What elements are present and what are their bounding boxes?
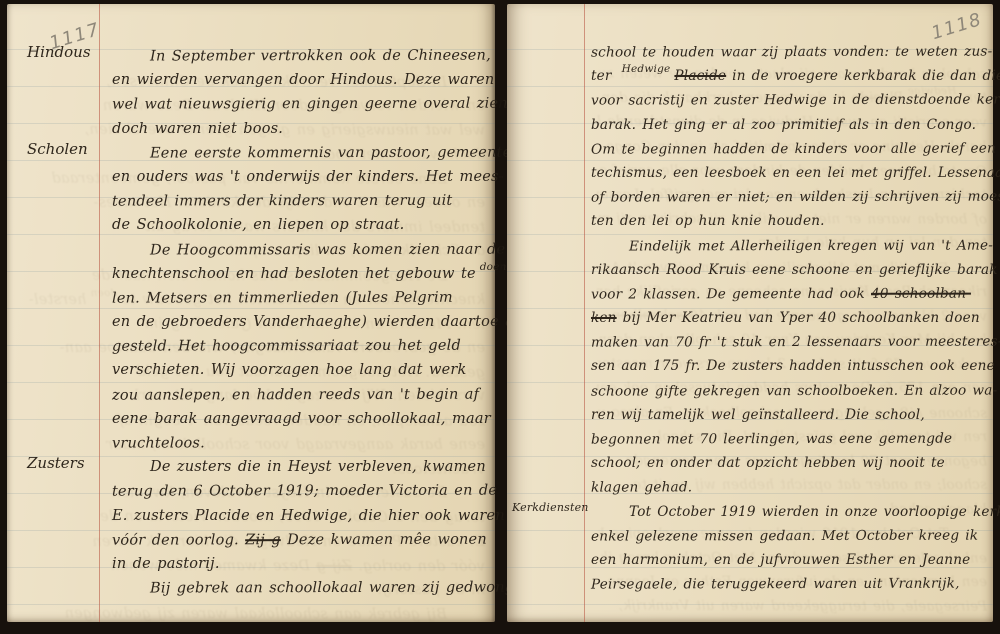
- margin-note-scholen: Scholen: [27, 139, 88, 159]
- manuscript-line: voor sacristij en zuster Hedwige in de d…: [591, 88, 1000, 113]
- manuscript-text-column: school te houden waar zij plaats vonden:…: [591, 40, 1000, 596]
- line-text: Peirsegaele, die teruggekeerd waren uit …: [591, 576, 960, 593]
- red-margin-rule: [99, 4, 100, 622]
- line-text: een harmonium, en de jufvrouwen Esther e…: [591, 552, 970, 568]
- line-text: techismus, een leesboek en een lei met g…: [591, 165, 1000, 181]
- left-page: 1117 HindousScholenZusters In September …: [7, 4, 495, 622]
- struck-text: 40 schoolban-: [871, 285, 971, 301]
- margin-note-hindous: Hindous: [27, 42, 91, 62]
- line-text: In September vertrokken ook de Chineesen…: [150, 48, 491, 65]
- manuscript-line: of borden waren er niet; en wilden zij s…: [591, 185, 1000, 210]
- manuscript-line: sen aan 175 fr. De zusters hadden intuss…: [591, 354, 1000, 378]
- manuscript-line: school; en onder dat opzicht hebben wij …: [591, 451, 1000, 475]
- line-text: sen aan 175 fr. De zusters hadden intuss…: [591, 358, 995, 374]
- line-text: enkel gelezene missen gedaan. Met Octobe…: [591, 527, 978, 544]
- struck-text: ken: [591, 310, 617, 326]
- line-text: Tot October 1919 wierden in onze voorloo…: [629, 504, 1000, 520]
- line-text: Eindelijk met Allerheiligen kregen wij v…: [629, 237, 993, 254]
- manuscript-line: maken van 70 fr 't stuk en 2 lessenaars …: [591, 330, 1000, 355]
- line-text: len. Metsers en timmerlieden (Jules Pelg…: [112, 290, 453, 307]
- line-text: herstel-: [29, 292, 87, 308]
- line-text: De zusters die in Heyst verbleven, kwame…: [150, 459, 486, 475]
- line-text: begonnen met 70 leerlingen, was eene gem…: [591, 431, 952, 448]
- manuscript-line: Peirsegaele, die teruggekeerd waren uit …: [597, 594, 987, 619]
- line-text: bij Mer Keatrieu van Yper 40 schoolbanke…: [617, 310, 980, 326]
- line-text: in de vroegere kerkbarak die dan diende: [726, 68, 1000, 84]
- manuscript-line: school te houden waar zij plaats vonden:…: [591, 39, 1000, 64]
- manuscript-line: rikaansch Rood Kruis eene schoone en ger…: [591, 258, 1000, 282]
- line-text: wel wat nieuwsgierig en gingen geerne ov…: [112, 96, 513, 113]
- line-text: terug den 6 October 1919; moeder Victori…: [112, 483, 497, 500]
- line-text: doch waren niet boos.: [112, 121, 283, 137]
- photo-backdrop: 1117 HindousScholenZusters In September …: [0, 0, 1000, 634]
- line-text: of borden waren er niet; en wilden zij s…: [591, 189, 1000, 206]
- line-text: eene barak aangevraagd voor schoollokaal…: [112, 411, 491, 427]
- struck-text: Placide: [674, 68, 726, 84]
- line-text: school te houden waar zij plaats vonden:…: [591, 44, 992, 61]
- manuscript-line: barak. Het ging er al zoo primitief als …: [591, 113, 1000, 137]
- line-text: tendeel immers der kinders waren terug u…: [112, 193, 452, 210]
- manuscript-line: een harmonium, en de jufvrouwen Esther e…: [591, 548, 1000, 572]
- line-text: voor 2 klassen. De gemeente had ook: [591, 286, 871, 303]
- manuscript-line: enkel gelezene missen gedaan. Met Octobe…: [591, 523, 1000, 548]
- line-text: Om te beginnen hadden de kinders voor al…: [591, 140, 1000, 157]
- line-text: knechtenschool en had besloten het gebou…: [112, 266, 476, 282]
- line-text: in de pastorij.: [112, 556, 220, 572]
- line-text: ten den lei op hun knie houden.: [591, 213, 825, 229]
- line-text: zou aanslepen, en hadden reeds van 't be…: [112, 386, 479, 403]
- manuscript-line: klagen gehad.: [591, 475, 1000, 500]
- manuscript-line: schoone gifte gekregen van schoolboeken.…: [591, 378, 1000, 403]
- manuscript-line: ten den lei op hun knie houden.: [591, 209, 1000, 233]
- line-text: ter: [591, 68, 618, 84]
- margin-note-zusters: Zusters: [27, 453, 85, 473]
- line-text: schoone gifte gekregen van schoolboeken.…: [591, 382, 997, 399]
- line-text: Bij gebrek aan schoollokaal waren zij ge…: [150, 580, 533, 597]
- line-text: klagen gehad.: [591, 480, 692, 496]
- manuscript-line: voor 2 klassen. De gemeente had ook 40 s…: [591, 281, 1000, 306]
- manuscript-line: ter HedwigePlacide in de vroegere kerkba…: [591, 64, 1000, 88]
- line-text: gesteld. Het hoogcommissariaat zou het g…: [112, 338, 461, 355]
- manuscript-line: begonnen met 70 leerlingen, was eene gem…: [591, 426, 1000, 451]
- manuscript-line: Tot October 1919 wierden in onze voorloo…: [591, 500, 1000, 524]
- red-margin-rule: [584, 4, 585, 622]
- manuscript-line: Eindelijk met Allerheiligen kregen wij v…: [591, 233, 1000, 258]
- manuscript-line: Bij gebrek aan schoollokaal waren zij ge…: [25, 602, 485, 627]
- manuscript-line: Om te beginnen hadden de kinders voor al…: [591, 136, 1000, 161]
- line-text: barak. Het ging er al zoo primitief als …: [591, 117, 976, 133]
- struck-text: Zij g: [245, 532, 281, 548]
- line-text: Eene eerste kommernis van pastoor, gemee…: [150, 144, 546, 161]
- line-text: en wierden vervangen door Hindous. Deze …: [112, 72, 494, 88]
- line-text: de Schoolkolonie, en liepen op straat.: [112, 217, 404, 233]
- margin-note-kerkdiensten: Kerkdiensten: [512, 498, 589, 518]
- line-text: school; en onder dat opzicht hebben wij …: [591, 455, 945, 471]
- line-text: Bij gebrek aan schoollokaal waren zij ge…: [64, 606, 447, 623]
- line-text: maken van 70 fr 't stuk en 2 lessenaars …: [591, 334, 1000, 351]
- manuscript-line: techismus, een leesboek en een lei met g…: [591, 161, 1000, 185]
- manuscript-line: Peirsegaele, die teruggekeerd waren uit …: [591, 572, 1000, 597]
- right-page: 1118 Kerkdiensten school te houden waar …: [507, 4, 993, 622]
- line-text: voor sacristij en zuster Hedwige in de d…: [591, 92, 1000, 109]
- line-text: Deze kwamen mêe wonen: [281, 531, 487, 548]
- manuscript-line: ren wij tamelijk wel geïnstalleerd. Die …: [591, 403, 1000, 427]
- line-text: vruchteloos.: [112, 435, 205, 451]
- line-text: De Hoogcommissaris was komen zien naar d…: [150, 241, 505, 258]
- manuscript-line: ken bij Mer Keatrieu van Yper 40 schoolb…: [591, 306, 1000, 330]
- line-text: verschieten. Wij voorzagen hoe lang dat …: [112, 362, 467, 378]
- line-text: E. zusters Placide en Hedwige, die hier …: [112, 508, 505, 524]
- line-text: vóór den oorlog.: [112, 532, 245, 548]
- line-text: ren wij tamelijk wel geïnstalleerd. Die …: [591, 407, 925, 423]
- line-text: en ouders was 't onderwijs der kinders. …: [112, 169, 504, 185]
- line-text: en de gebroeders Vanderhaeghe) wierden d…: [112, 314, 538, 330]
- line-text: Peirsegaele, die teruggekeerd waren uit …: [618, 598, 987, 615]
- line-text: rikaansch Rood Kruis eene schoone en ger…: [591, 262, 998, 278]
